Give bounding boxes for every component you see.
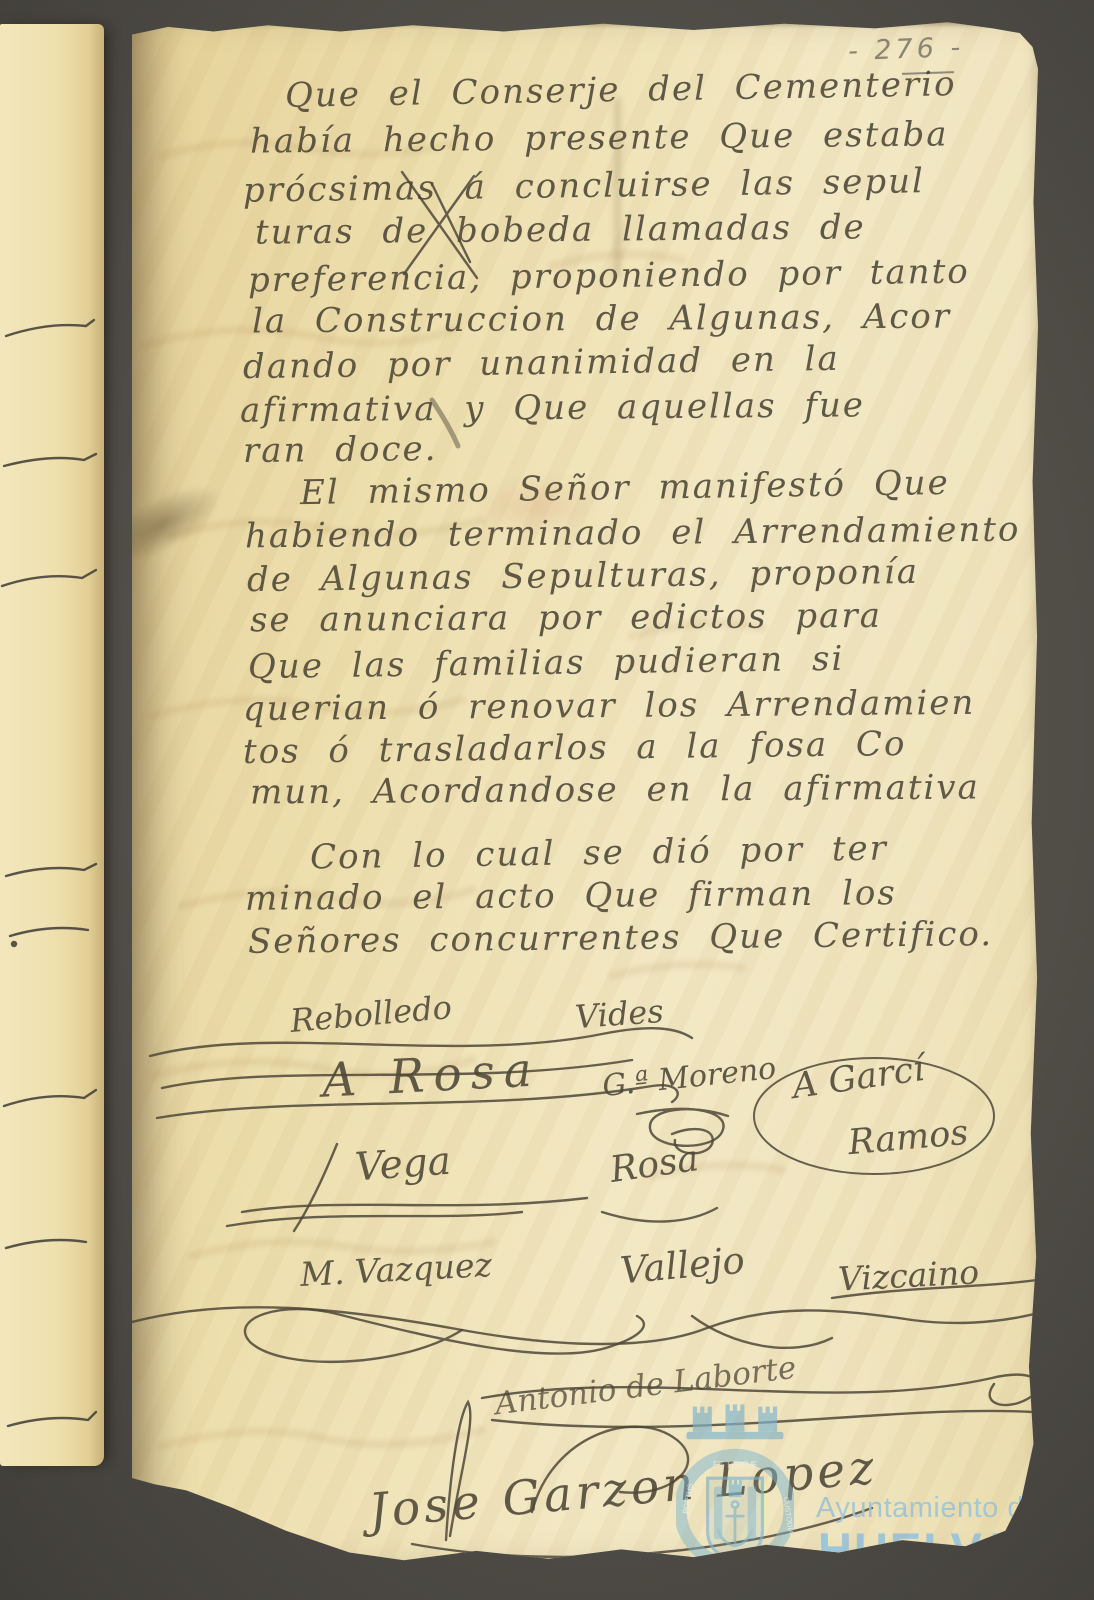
previous-page-pen-stroke-tails <box>0 24 104 1466</box>
huelva-coat-of-arms-icon: ET TERRÆ PORTUS CUSTODIA <box>676 1404 794 1568</box>
signature-flourishes <box>132 16 1038 1568</box>
watermark-organization: Ayuntamiento de <box>816 1492 1038 1525</box>
archive-scan-background: - 276 - Que el Conserje del Cementerio h… <box>0 0 1094 1600</box>
watermark-city: HUELVA <box>818 1522 1016 1568</box>
huelva-watermark: ET TERRÆ PORTUS CUSTODIA Ayuntamiento de <box>676 1404 1038 1568</box>
manuscript-page: - 276 - Que el Conserje del Cementerio h… <box>132 16 1038 1568</box>
crest-motto-top: ET TERRÆ <box>713 1460 758 1470</box>
previous-page-edge <box>0 24 104 1466</box>
